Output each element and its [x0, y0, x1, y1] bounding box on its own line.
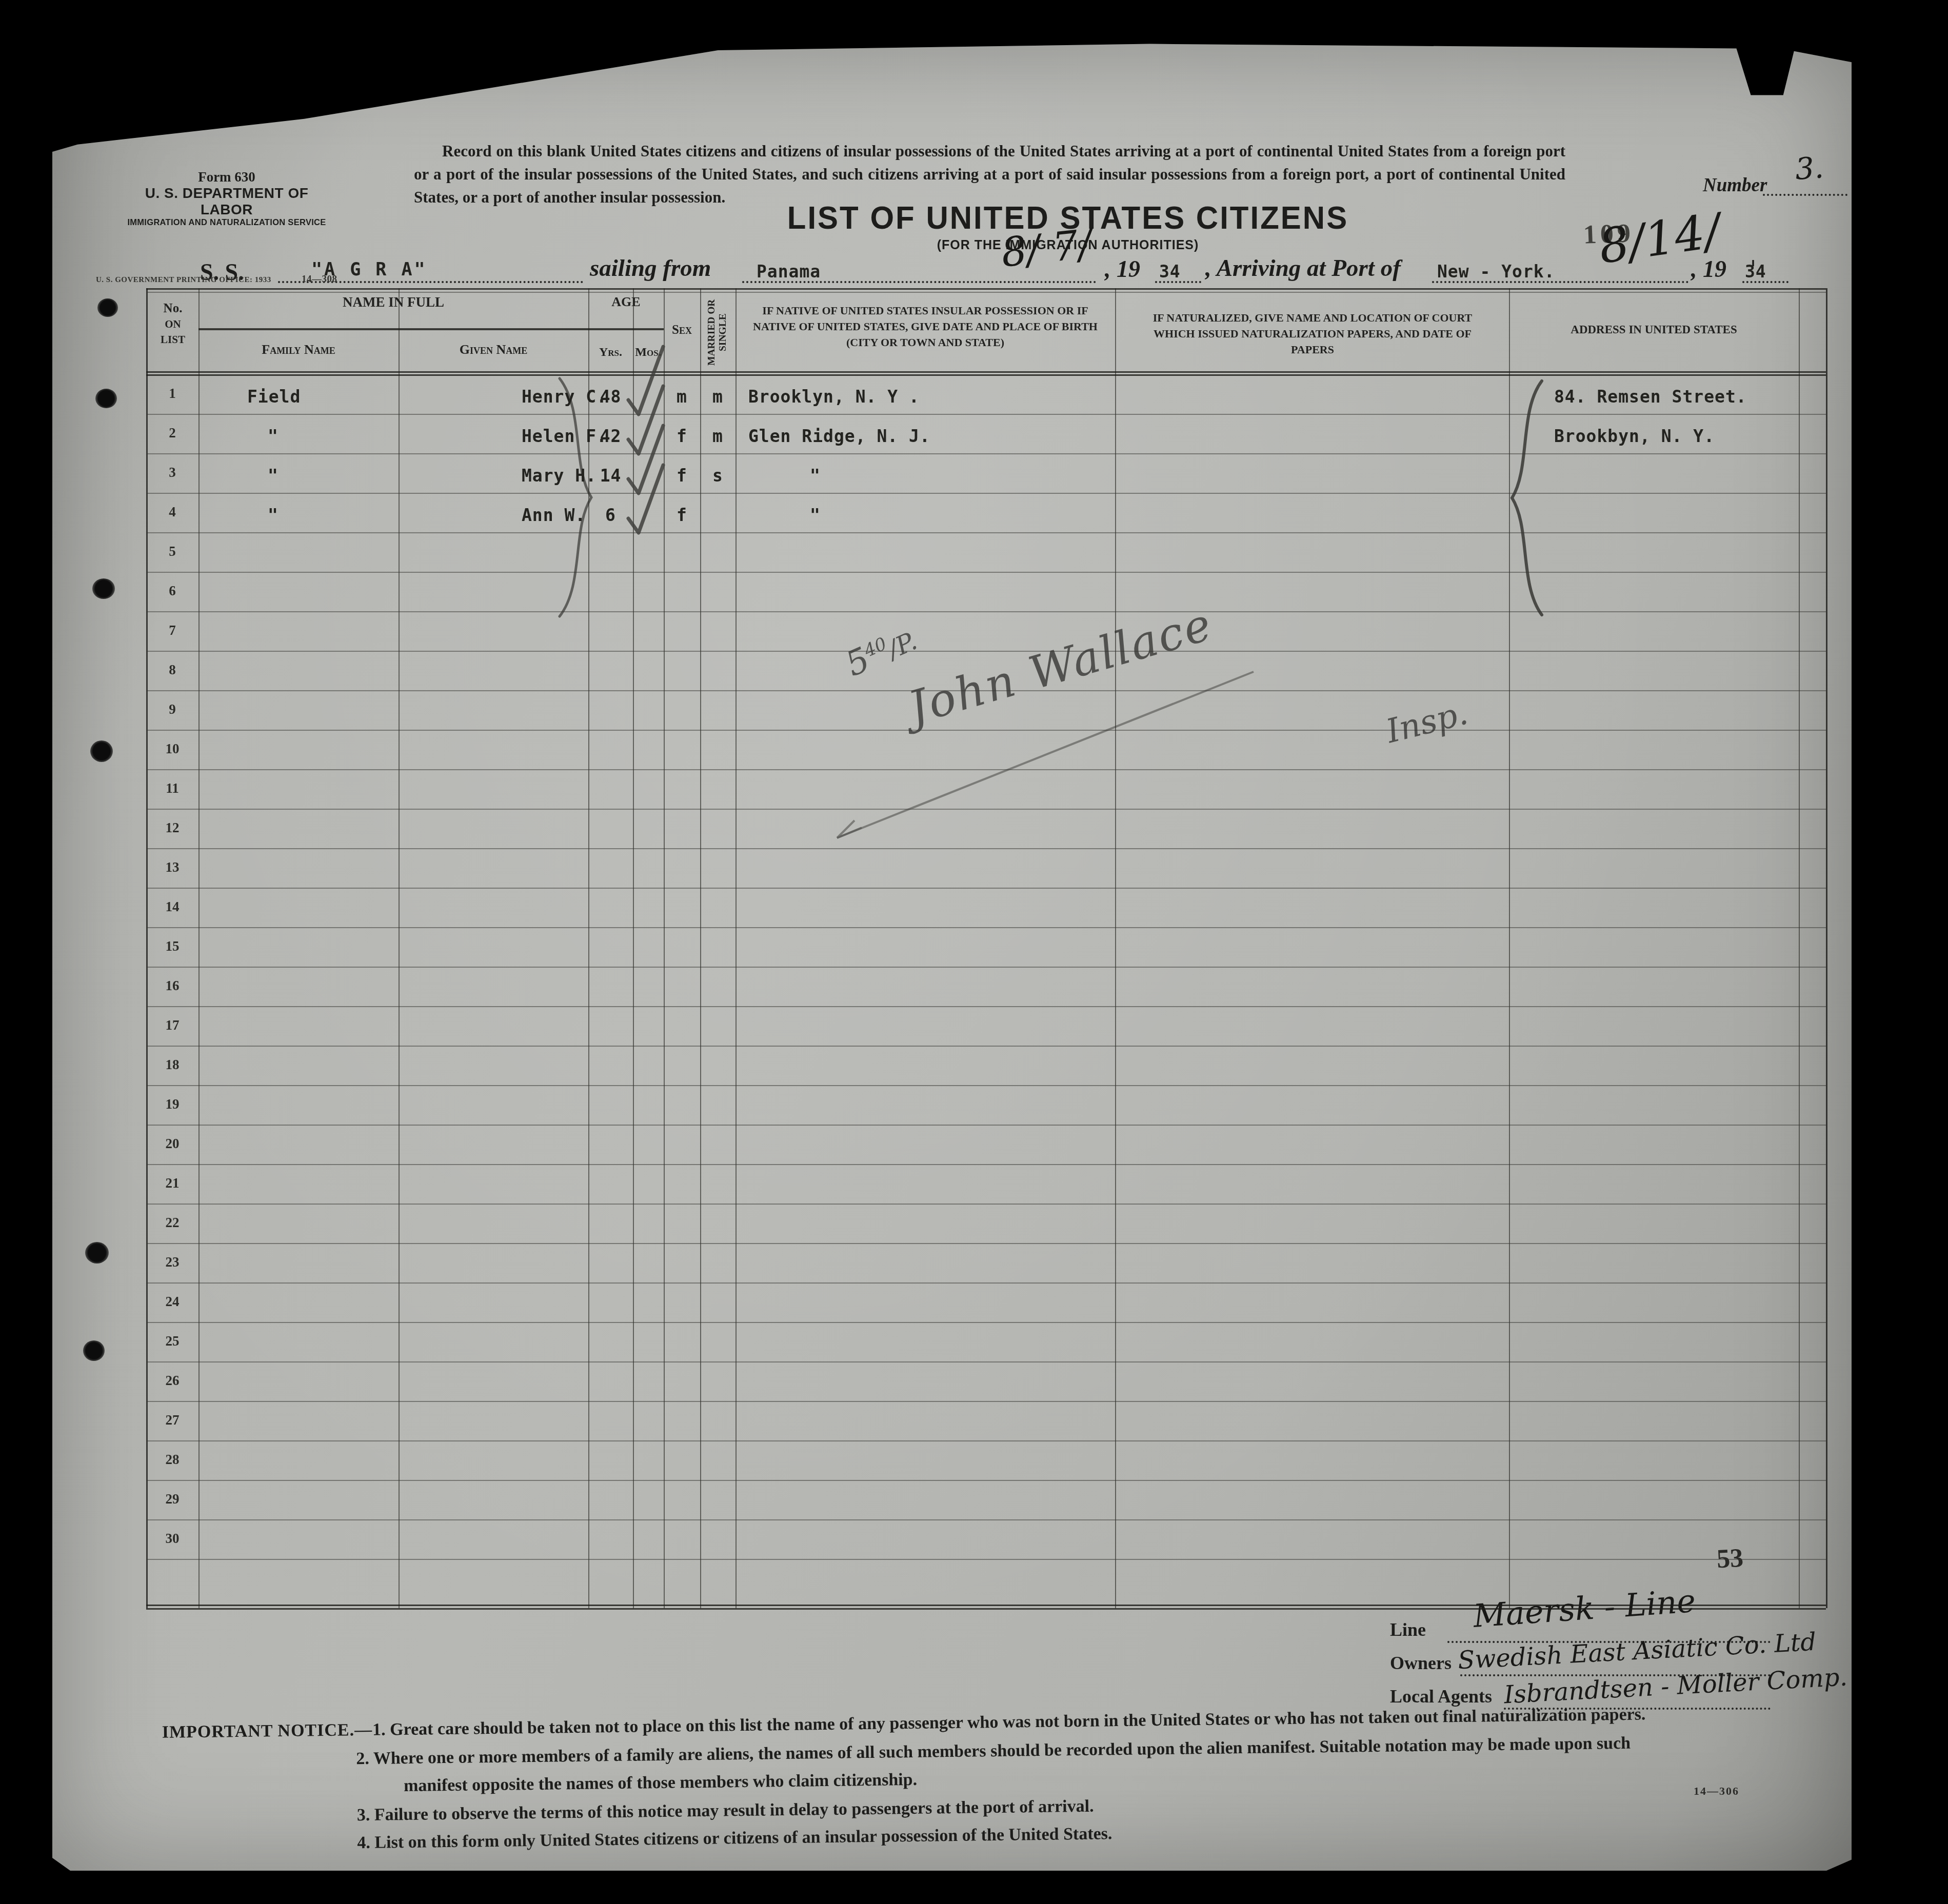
row-number: 3 — [146, 465, 198, 480]
important-notice: IMPORTANT NOTICE.—1. Great care should b… — [162, 1702, 1831, 1855]
row-number: 30 — [146, 1531, 198, 1547]
row-number: 12 — [146, 820, 198, 836]
row-number: 16 — [146, 978, 198, 994]
print-code-top: 14—308 — [302, 274, 337, 285]
row-number: 9 — [146, 702, 198, 717]
scanned-immigration-form: { "form": { "form_number": "Form 630", "… — [0, 0, 1948, 1904]
row-rule — [146, 809, 1826, 810]
row-rule — [146, 1282, 1826, 1284]
row-rule — [146, 1046, 1826, 1047]
row-number: 14 — [146, 899, 198, 915]
row-rule — [146, 1125, 1826, 1126]
table-vertical-rule — [1509, 288, 1510, 1608]
header-family-name: Family Name — [198, 342, 399, 357]
table-vertical-rule — [399, 288, 400, 1608]
row-rule — [146, 1519, 1826, 1520]
cell-married-or-single: m — [700, 387, 736, 407]
row-rule — [146, 967, 1826, 968]
inspector-title: Insp. — [1382, 694, 1472, 751]
table-vertical-rule — [588, 288, 589, 1608]
intro-paragraph: Record on this blank United States citiz… — [414, 139, 1565, 209]
cell-family-name: " — [268, 505, 279, 525]
header-birthplace: IF NATIVE OF UNITED STATES INSULAR POSSE… — [751, 303, 1100, 350]
row-number: 25 — [146, 1333, 198, 1349]
row-number: 29 — [146, 1491, 198, 1507]
punch-hole — [83, 1340, 105, 1361]
header-address: ADDRESS IN UNITED STATES — [1514, 323, 1794, 336]
printing-office-text: U. S. GOVERNMENT PRINTING OFFICE: 1933 — [96, 276, 271, 284]
punch-hole — [97, 298, 118, 317]
cell-family-name: Field — [247, 387, 301, 407]
row-number: 10 — [146, 741, 198, 757]
punch-hole — [95, 389, 117, 408]
row-number: 8 — [146, 662, 198, 678]
row-number: 28 — [146, 1452, 198, 1468]
table-top-rule — [146, 288, 1826, 290]
table-bottom-rule — [146, 1605, 1826, 1606]
row-rule — [146, 493, 1826, 494]
sailing-date-handwritten: 8/ 7/ — [999, 221, 1094, 276]
header-name-in-full: NAME IN FULL — [198, 294, 588, 310]
row-rule — [146, 611, 1826, 612]
row-rule — [146, 1440, 1826, 1441]
notice-label: IMPORTANT NOTICE.— — [162, 1720, 373, 1742]
sailing-from-label: sailing from — [590, 254, 711, 282]
table-top-rule-2 — [146, 292, 1826, 293]
table-vertical-rule — [1799, 288, 1800, 1608]
print-code-bottom: 14—306 — [1694, 1785, 1739, 1798]
arrival-port: New - York. — [1437, 262, 1555, 282]
row-number: 11 — [146, 780, 198, 796]
header-age: AGE — [588, 294, 664, 310]
row-number: 24 — [146, 1294, 198, 1310]
sailing-year-printed: , 19 — [1105, 255, 1140, 283]
header-bottom-rule — [146, 371, 1826, 373]
cell-given-name: Ann W. — [522, 505, 586, 525]
cell-birthplace: " — [810, 505, 821, 525]
number-line — [1763, 194, 1847, 196]
cell-sex: m — [664, 387, 700, 407]
sailing-port: Panama — [757, 262, 821, 282]
row-number: 15 — [146, 938, 198, 954]
table-vertical-rule — [700, 288, 701, 1608]
row-rule — [146, 730, 1826, 731]
owners-label: Owners — [1390, 1652, 1452, 1674]
row-number: 4 — [146, 504, 198, 520]
row-rule — [146, 1401, 1826, 1402]
row-rule — [146, 1480, 1826, 1481]
line-label: Line — [1390, 1619, 1426, 1640]
agency-block: Form 630 U. S. DEPARTMENT OF LABOR IMMIG… — [119, 169, 334, 228]
row-number: 1 — [146, 386, 198, 402]
table-vertical-rule — [1826, 288, 1827, 1608]
row-rule — [146, 651, 1826, 652]
table-vertical-rule — [198, 288, 200, 1608]
punch-hole — [92, 578, 115, 599]
cell-family-name: " — [268, 466, 279, 486]
row-rule — [146, 1322, 1826, 1323]
cell-birthplace: Brooklyn, N. Y . — [748, 387, 920, 407]
cell-given-name: Mary H. — [522, 466, 597, 486]
row-number: 27 — [146, 1412, 198, 1428]
arrival-year-printed: , 19 — [1691, 255, 1726, 283]
cell-birthplace: " — [810, 466, 821, 486]
row-rule — [146, 848, 1826, 849]
header-married-or-single: MARRIED OR SINGLE — [694, 292, 741, 372]
agents-label: Local Agents — [1390, 1686, 1492, 1707]
cell-married-or-single: s — [700, 466, 736, 486]
cell-address: 84. Remsen Street. — [1554, 387, 1747, 407]
form-number: Form 630 — [119, 169, 334, 185]
row-rule — [146, 453, 1826, 454]
row-number: 22 — [146, 1215, 198, 1231]
row-number: 23 — [146, 1254, 198, 1270]
cell-family-name: " — [268, 426, 279, 446]
header-court: IF NATURALIZED, GIVE NAME AND LOCATION O… — [1136, 310, 1489, 357]
row-rule — [146, 1204, 1826, 1205]
row-rule — [146, 769, 1826, 770]
table-bottom-rule-2 — [146, 1608, 1826, 1610]
punch-hole — [90, 740, 113, 762]
header-no-on-list: No. ON LIST — [147, 301, 198, 347]
row-rule — [146, 414, 1826, 415]
arriving-label: , Arriving at Port of — [1205, 254, 1401, 282]
row-rule — [146, 927, 1826, 928]
pencil-checkmark — [619, 458, 668, 540]
punch-hole — [85, 1242, 109, 1264]
row-rule — [146, 1085, 1826, 1086]
cell-sex: f — [664, 466, 700, 486]
row-rule — [146, 572, 1826, 573]
table-vertical-rule — [1115, 288, 1116, 1608]
cell-sex: f — [664, 505, 700, 525]
row-number: 18 — [146, 1057, 198, 1073]
cell-birthplace: Glen Ridge, N. J. — [748, 426, 930, 446]
number-value-handwritten: 3. — [1794, 150, 1825, 187]
row-number: 13 — [146, 859, 198, 875]
row-number: 6 — [146, 583, 198, 599]
row-rule — [146, 1559, 1826, 1560]
row-rule — [146, 1164, 1826, 1165]
service-name: IMMIGRATION AND NATURALIZATION SERVICE — [119, 218, 334, 228]
row-rule — [146, 1006, 1826, 1007]
cell-address: Brookbyn, N. Y. — [1554, 426, 1715, 446]
row-number: 17 — [146, 1017, 198, 1033]
sailing-year: 34 — [1159, 262, 1181, 282]
row-number: 2 — [146, 425, 198, 441]
row-rule — [146, 532, 1826, 533]
row-number: 26 — [146, 1373, 198, 1389]
cell-sex: f — [664, 426, 700, 446]
row-number: 7 — [146, 623, 198, 638]
pencil-brace-names — [552, 374, 599, 620]
number-label: Number — [1703, 174, 1767, 196]
row-rule — [146, 1361, 1826, 1362]
cell-married-or-single: m — [700, 426, 736, 446]
row-rule — [146, 1243, 1826, 1244]
row-number: 20 — [146, 1136, 198, 1152]
row-number: 5 — [146, 544, 198, 559]
printing-office-note: U. S. GOVERNMENT PRINTING OFFICE: 1933 1… — [96, 274, 337, 285]
arrival-year: 34 — [1745, 262, 1766, 282]
row-rule — [146, 690, 1826, 691]
department-name: U. S. DEPARTMENT OF LABOR — [119, 185, 334, 218]
header-bottom-rule-2 — [146, 374, 1826, 376]
name-age-divider-rule — [198, 328, 664, 330]
row-number: 19 — [146, 1096, 198, 1112]
row-rule — [146, 888, 1826, 889]
table-vertical-rule — [736, 288, 737, 1608]
form-page: Form 630 U. S. DEPARTMENT OF LABOR IMMIG… — [52, 42, 1852, 1871]
row-number: 21 — [146, 1175, 198, 1191]
header-given-name: Given Name — [399, 342, 588, 357]
